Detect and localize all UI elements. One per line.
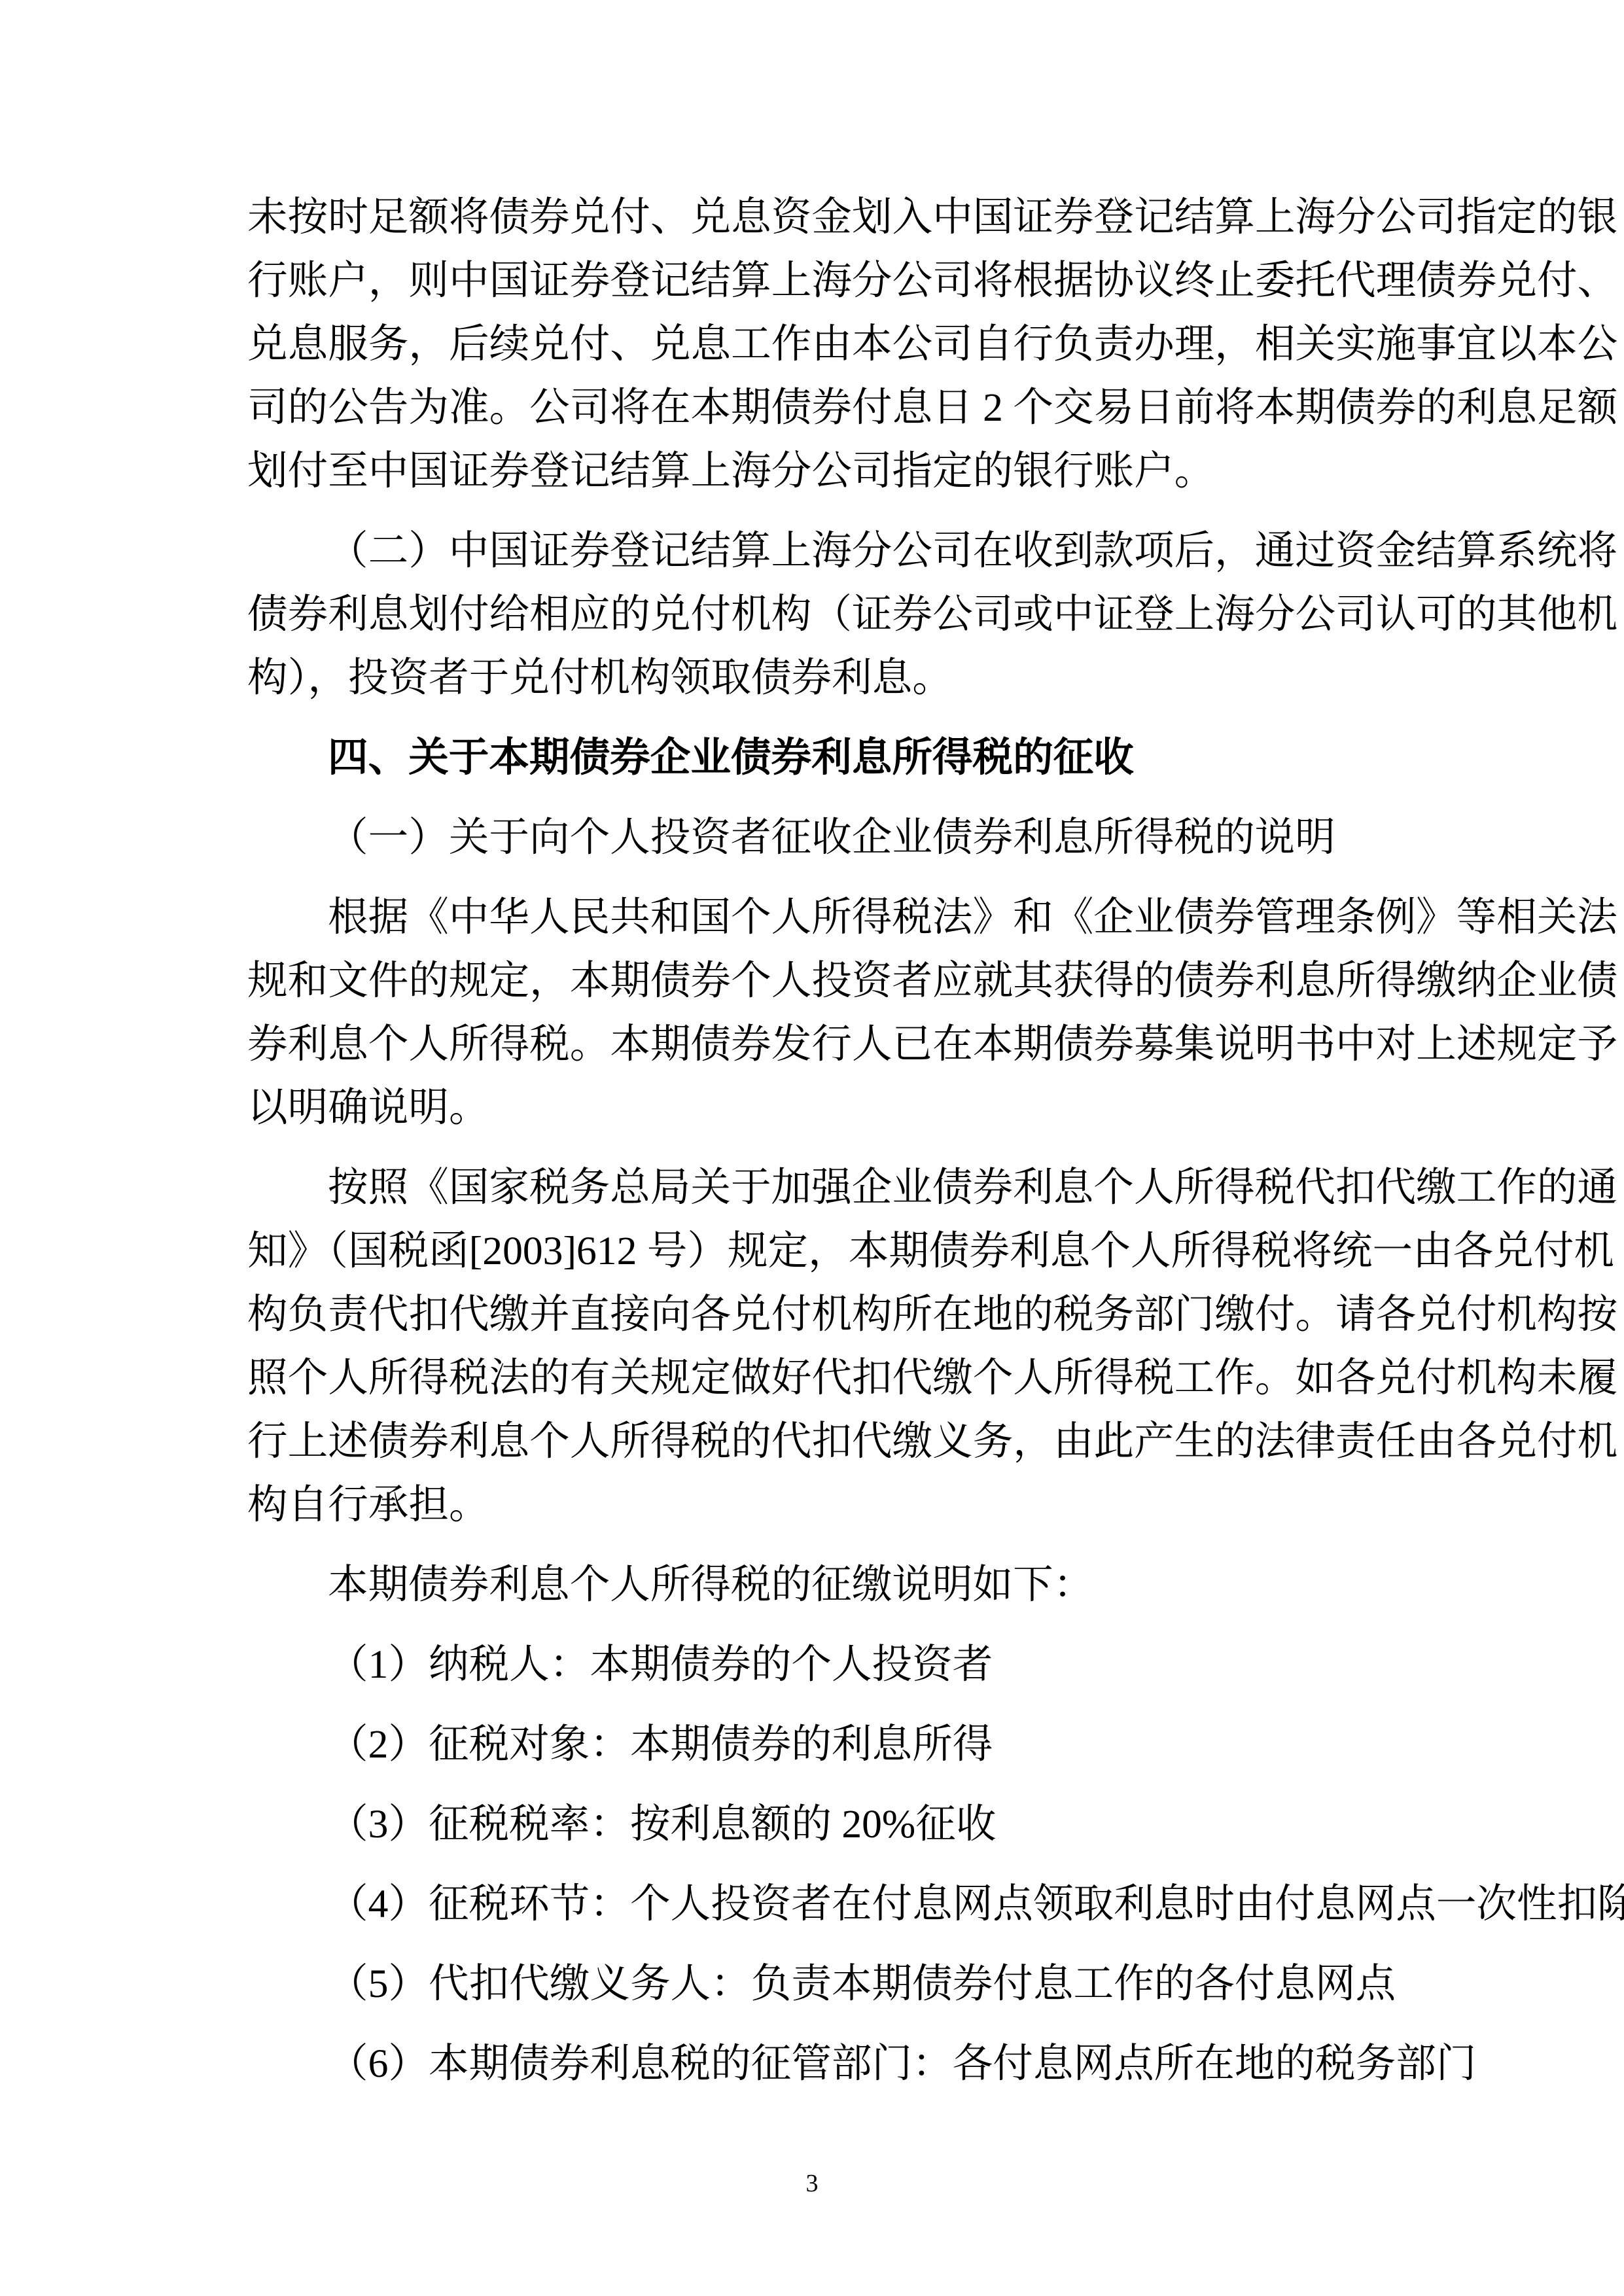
paragraph-withholding-notice: 按照《国家税务总局关于加强企业债券利息个人所得税代扣代缴工作的通 知》（国税函[… [247, 1156, 1377, 1537]
text-line: 行上述债券利息个人所得税的代扣代缴义务，由此产生的法律责任由各兑付机 [247, 1410, 1377, 1474]
text-line: 券利息个人所得税。本期债券发行人已在本期债券募集说明书中对上述规定予 [247, 1013, 1377, 1076]
text-line: 划付至中国证券登记结算上海分公司指定的银行账户。 [247, 440, 1377, 503]
section-heading-4: 四、关于本期债券企业债券利息所得税的征收 [247, 726, 1377, 790]
list-item-text: （1）纳税人：本期债券的个人投资者 [247, 1633, 1377, 1697]
list-item-tax-authority: （6）本期债券利息税的征管部门：各付息网点所在地的税务部门 [247, 2032, 1377, 2096]
paragraph-payment-deadline: 未按时足额将债券兑付、兑息资金划入中国证券登记结算上海分公司指定的银 行账户，则… [247, 186, 1377, 503]
subheading-text: （一）关于向个人投资者征收企业债券利息所得税的说明 [247, 806, 1377, 870]
text-line: 以明确说明。 [247, 1076, 1377, 1140]
text-line: 照个人所得税法的有关规定做好代扣代缴个人所得税工作。如各兑付机构未履 [247, 1347, 1377, 1410]
text-line: 构负责代扣代缴并直接向各兑付机构所在地的税务部门缴付。请各兑付机构按 [247, 1283, 1377, 1347]
text-line: 构），投资者于兑付机构领取债券利息。 [247, 646, 1377, 710]
heading-text: 四、关于本期债券企业债券利息所得税的征收 [247, 726, 1377, 790]
text-line: 规和文件的规定，本期债券个人投资者应就其获得的债券利息所得缴纳企业债 [247, 949, 1377, 1013]
text-line: 未按时足额将债券兑付、兑息资金划入中国证券登记结算上海分公司指定的银 [247, 186, 1377, 249]
paragraph-list-intro: 本期债券利息个人所得税的征缴说明如下： [247, 1553, 1377, 1617]
text-line: 债券利息划付给相应的兑付机构（证券公司或中证登上海分公司认可的其他机 [247, 583, 1377, 646]
list-item-text: （5）代扣代缴义务人：负责本期债券付息工作的各付息网点 [247, 1952, 1377, 2016]
paragraph-legal-basis: 根据《中华人民共和国个人所得税法》和《企业债券管理条例》等相关法 规和文件的规定… [247, 886, 1377, 1140]
document-page: 未按时足额将债券兑付、兑息资金划入中国证券登记结算上海分公司指定的银 行账户，则… [0, 0, 1624, 2296]
list-item-text: （4）征税环节：个人投资者在付息网点领取利息时由付息网点一次性扣除 [247, 1873, 1377, 1936]
text-line: （二）中国证券登记结算上海分公司在收到款项后，通过资金结算系统将 [247, 520, 1377, 583]
list-item-tax-object: （2）征税对象：本期债券的利息所得 [247, 1713, 1377, 1776]
text-line: 知》（国税函[2003]612 号）规定，本期债券利息个人所得税将统一由各兑付机 [247, 1220, 1377, 1283]
text-line: 本期债券利息个人所得税的征缴说明如下： [247, 1553, 1377, 1617]
text-line: 构自行承担。 [247, 1474, 1377, 1537]
list-item-tax-stage: （4）征税环节：个人投资者在付息网点领取利息时由付息网点一次性扣除 [247, 1873, 1377, 1936]
text-line: 按照《国家税务总局关于加强企业债券利息个人所得税代扣代缴工作的通 [247, 1156, 1377, 1220]
list-item-withholding-agent: （5）代扣代缴义务人：负责本期债券付息工作的各付息网点 [247, 1952, 1377, 2016]
list-item-text: （6）本期债券利息税的征管部门：各付息网点所在地的税务部门 [247, 2032, 1377, 2096]
list-item-tax-rate: （3）征税税率：按利息额的 20%征收 [247, 1793, 1377, 1856]
page-number: 3 [747, 2166, 877, 2201]
list-item-taxpayer: （1）纳税人：本期债券的个人投资者 [247, 1633, 1377, 1697]
text-line: 司的公告为准。公司将在本期债券付息日 2 个交易日前将本期债券的利息足额 [247, 376, 1377, 440]
subsection-heading-1: （一）关于向个人投资者征收企业债券利息所得税的说明 [247, 806, 1377, 870]
text-line: 根据《中华人民共和国个人所得税法》和《企业债券管理条例》等相关法 [247, 886, 1377, 949]
list-item-text: （3）征税税率：按利息额的 20%征收 [247, 1793, 1377, 1856]
text-line: 兑息服务，后续兑付、兑息工作由本公司自行负责办理，相关实施事宜以本公 [247, 313, 1377, 376]
paragraph-section-2: （二）中国证券登记结算上海分公司在收到款项后，通过资金结算系统将 债券利息划付给… [247, 520, 1377, 710]
text-line: 行账户，则中国证券登记结算上海分公司将根据协议终止委托代理债券兑付、 [247, 249, 1377, 313]
document-body: 未按时足额将债券兑付、兑息资金划入中国证券登记结算上海分公司指定的银 行账户，则… [247, 186, 1377, 2112]
list-item-text: （2）征税对象：本期债券的利息所得 [247, 1713, 1377, 1776]
